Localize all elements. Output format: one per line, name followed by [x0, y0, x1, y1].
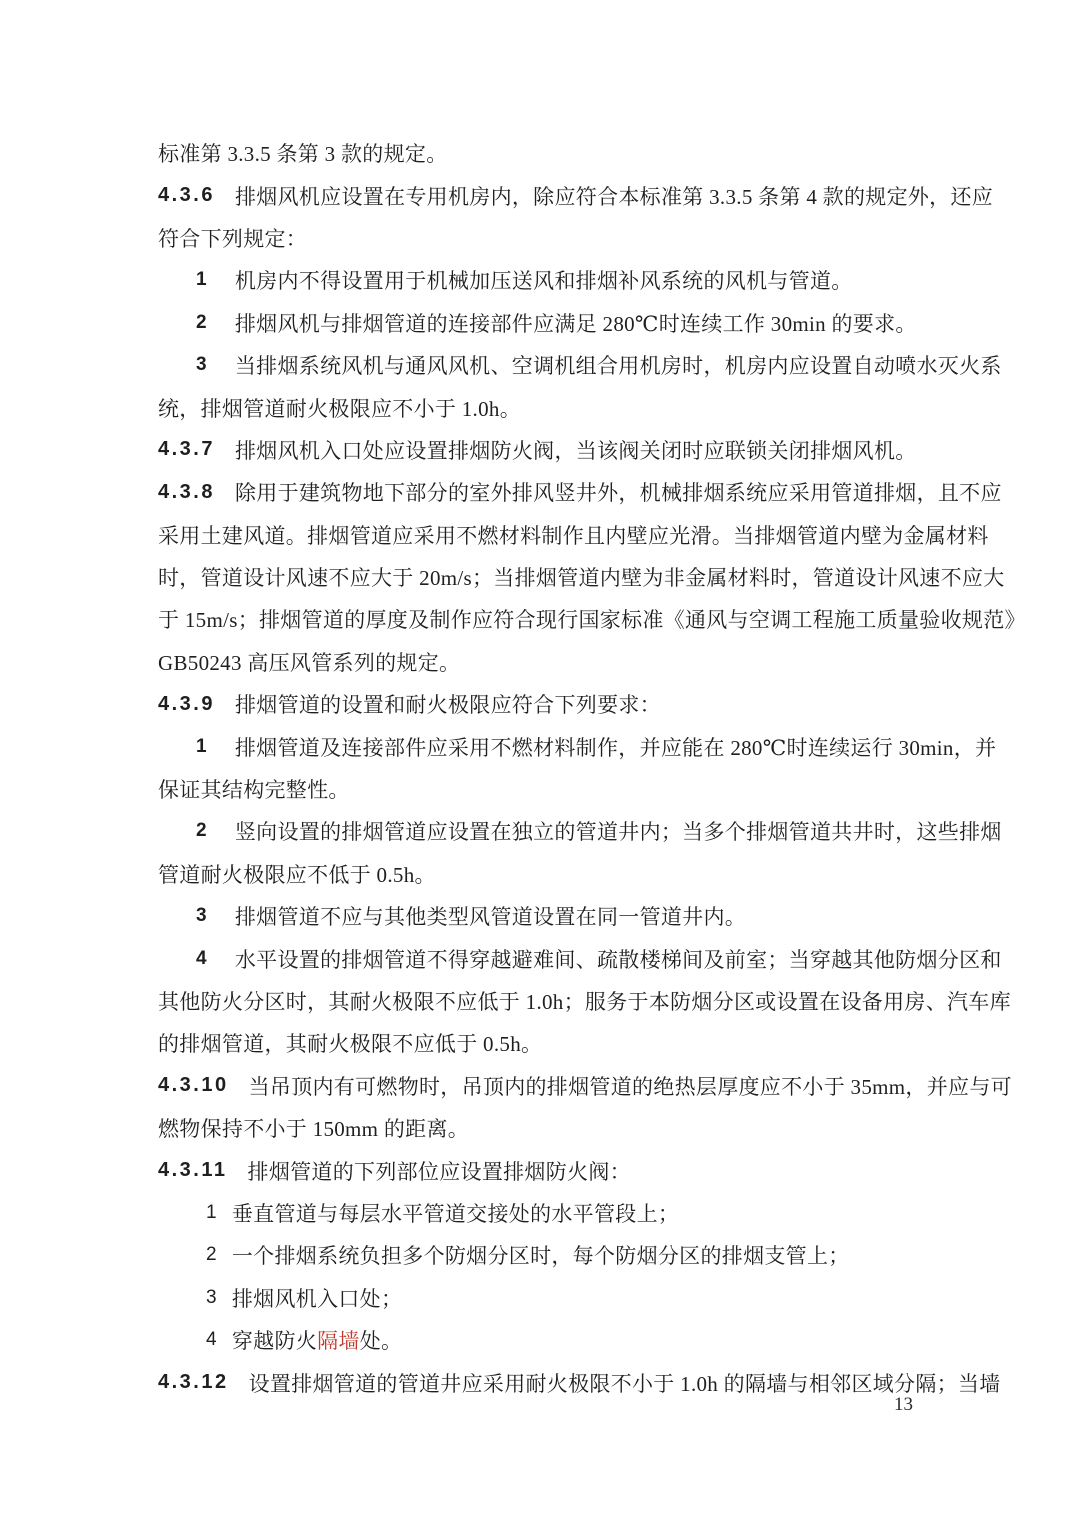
text-run: 水平设置的排烟管道不得穿越避难间、疏散楼梯间及前室；当穿越其他防烟分区和: [235, 944, 1002, 974]
document-line: 4.3.6排烟风机应设置在专用机房内，除应符合本标准第 3.3.5 条第 4 款…: [158, 174, 933, 216]
document-line: 4.3.9排烟管道的设置和耐火极限应符合下列要求：: [158, 683, 933, 725]
document-line: 4.3.7排烟风机入口处应设置排烟防火阀，当该阀关闭时应联锁关闭排烟风机。: [158, 429, 933, 471]
text-run: 竖向设置的排烟管道应设置在独立的管道井内；当多个排烟管道共井时，这些排烟: [235, 816, 1002, 846]
text-run: 排烟风机入口处应设置排烟防火阀，当该阀关闭时应联锁关闭排烟风机。: [235, 435, 917, 465]
highlighted-term: 隔墙: [317, 1325, 360, 1355]
text-run: GB50243 高压风管系列的规定。: [158, 647, 460, 677]
item-number: 3: [206, 1287, 217, 1309]
text-run: 垂直管道与每层水平管道交接处的水平管段上；: [232, 1198, 679, 1228]
text-run: 排烟管道不应与其他类型风管道设置在同一管道井内。: [235, 901, 746, 931]
document-line: 4.3.12设置排烟管道的管道井应采用耐火极限不小于 1.0h 的隔墙与相邻区域…: [158, 1361, 933, 1403]
clause-number: 4.3.8: [158, 481, 215, 504]
document-line: 3排烟风机入口处；: [158, 1277, 933, 1319]
document-line: 4.3.11排烟管道的下列部位应设置排烟防火阀：: [158, 1149, 933, 1191]
document-line: 2竖向设置的排烟管道应设置在独立的管道井内；当多个排烟管道共井时，这些排烟: [158, 810, 933, 852]
text-run: 排烟风机入口处；: [232, 1283, 402, 1313]
document-line: 的排烟管道，其耐火极限不应低于 0.5h。: [158, 1022, 933, 1064]
text-run: 符合下列规定：: [158, 223, 307, 253]
document-line: 1机房内不得设置用于机械加压送风和排烟补风系统的风机与管道。: [158, 259, 933, 301]
document-line: 燃物保持不小于 150mm 的距离。: [158, 1107, 933, 1149]
text-run: 的排烟管道，其耐火极限不应低于 0.5h。: [158, 1028, 542, 1058]
clause-number: 4.3.11: [158, 1159, 228, 1182]
document-line: 符合下列规定：: [158, 217, 933, 259]
text-run: 当吊顶内有可燃物时，吊顶内的排烟管道的绝热层厚度应不小于 35mm，并应与可: [249, 1071, 1012, 1101]
document-line: 时，管道设计风速不应大于 20m/s；当排烟管道内壁为非金属材料时，管道设计风速…: [158, 556, 933, 598]
item-number: 1: [196, 269, 207, 291]
item-number: 1: [196, 736, 207, 758]
document-line: 保证其结构完整性。: [158, 768, 933, 810]
text-run: 排烟管道的下列部位应设置排烟防火阀：: [248, 1156, 631, 1186]
document-line: 标准第 3.3.5 条第 3 款的规定。: [158, 132, 933, 174]
text-run: 排烟风机应设置在专用机房内，除应符合本标准第 3.3.5 条第 4 款的规定外，…: [235, 181, 993, 211]
document-line: 统，排烟管道耐火极限应不小于 1.0h。: [158, 386, 933, 428]
document-line: 3排烟管道不应与其他类型风管道设置在同一管道井内。: [158, 895, 933, 937]
text-run: 时，管道设计风速不应大于 20m/s；当排烟管道内壁为非金属材料时，管道设计风速…: [158, 562, 1005, 592]
document-body: 标准第 3.3.5 条第 3 款的规定。4.3.6排烟风机应设置在专用机房内，除…: [158, 132, 933, 1404]
text-run: 于 15m/s；排烟管道的厚度及制作应符合现行国家标准《通风与空调工程施工质量验…: [158, 604, 1026, 634]
document-line: 其他防火分区时，其耐火极限不应低于 1.0h；服务于本防烟分区或设置在设备用房、…: [158, 980, 933, 1022]
document-line: 3当排烟系统风机与通风风机、空调机组合用机房时，机房内应设置自动喷水灭火系: [158, 344, 933, 386]
text-run: 管道耐火极限应不低于 0.5h。: [158, 859, 436, 889]
text-run: 处。: [360, 1325, 403, 1355]
text-run: 采用土建风道。排烟管道应采用不燃材料制作且内壁应光滑。当排烟管道内壁为金属材料: [158, 520, 989, 550]
text-run: 除用于建筑物地下部分的室外排风竖井外，机械排烟系统应采用管道排烟，且不应: [235, 477, 1002, 507]
item-number: 4: [196, 948, 207, 970]
item-number: 2: [196, 312, 207, 334]
clause-number: 4.3.9: [158, 693, 215, 716]
item-number: 3: [196, 905, 207, 927]
clause-number: 4.3.6: [158, 184, 215, 207]
document-line: 2一个排烟系统负担多个防烟分区时，每个防烟分区的排烟支管上；: [158, 1234, 933, 1276]
item-number: 2: [196, 820, 207, 842]
text-run: 穿越防火: [232, 1325, 317, 1355]
item-number: 2: [206, 1244, 217, 1266]
item-number: 4: [206, 1329, 217, 1351]
text-run: 当排烟系统风机与通风风机、空调机组合用机房时，机房内应设置自动喷水灭火系: [235, 350, 1002, 380]
document-line: GB50243 高压风管系列的规定。: [158, 641, 933, 683]
document-line: 采用土建风道。排烟管道应采用不燃材料制作且内壁应光滑。当排烟管道内壁为金属材料: [158, 514, 933, 556]
text-run: 一个排烟系统负担多个防烟分区时，每个防烟分区的排烟支管上；: [232, 1240, 850, 1270]
document-line: 于 15m/s；排烟管道的厚度及制作应符合现行国家标准《通风与空调工程施工质量验…: [158, 598, 933, 640]
text-run: 设置排烟管道的管道井应采用耐火极限不小于 1.0h 的隔墙与相邻区域分隔；当墙: [249, 1368, 1001, 1398]
document-line: 管道耐火极限应不低于 0.5h。: [158, 853, 933, 895]
page-number: 13: [894, 1394, 913, 1416]
text-run: 燃物保持不小于 150mm 的距离。: [158, 1113, 469, 1143]
document-line: 4水平设置的排烟管道不得穿越避难间、疏散楼梯间及前室；当穿越其他防烟分区和: [158, 937, 933, 979]
document-line: 4.3.8除用于建筑物地下部分的室外排风竖井外，机械排烟系统应采用管道排烟，且不…: [158, 471, 933, 513]
clause-number: 4.3.12: [158, 1371, 229, 1394]
item-number: 1: [206, 1202, 217, 1224]
text-run: 排烟管道的设置和耐火极限应符合下列要求：: [235, 689, 661, 719]
document-line: 1垂直管道与每层水平管道交接处的水平管段上；: [158, 1192, 933, 1234]
clause-number: 4.3.7: [158, 438, 215, 461]
text-run: 机房内不得设置用于机械加压送风和排烟补风系统的风机与管道。: [235, 265, 853, 295]
text-run: 统，排烟管道耐火极限应不小于 1.0h。: [158, 393, 521, 423]
text-run: 标准第 3.3.5 条第 3 款的规定。: [158, 138, 448, 168]
document-line: 1排烟管道及连接部件应采用不燃材料制作，并应能在 280℃时连续运行 30min…: [158, 725, 933, 767]
text-run: 排烟管道及连接部件应采用不燃材料制作，并应能在 280℃时连续运行 30min，…: [235, 732, 996, 762]
document-line: 4穿越防火隔墙处。: [158, 1319, 933, 1361]
document-line: 2排烟风机与排烟管道的连接部件应满足 280℃时连续工作 30min 的要求。: [158, 302, 933, 344]
text-run: 其他防火分区时，其耐火极限不应低于 1.0h；服务于本防烟分区或设置在设备用房、…: [158, 986, 1011, 1016]
text-run: 保证其结构完整性。: [158, 774, 350, 804]
document-page: 标准第 3.3.5 条第 3 款的规定。4.3.6排烟风机应设置在专用机房内，除…: [0, 0, 1080, 1527]
text-run: 排烟风机与排烟管道的连接部件应满足 280℃时连续工作 30min 的要求。: [235, 308, 917, 338]
clause-number: 4.3.10: [158, 1074, 229, 1097]
item-number: 3: [196, 354, 207, 376]
document-line: 4.3.10当吊顶内有可燃物时，吊顶内的排烟管道的绝热层厚度应不小于 35mm，…: [158, 1065, 933, 1107]
